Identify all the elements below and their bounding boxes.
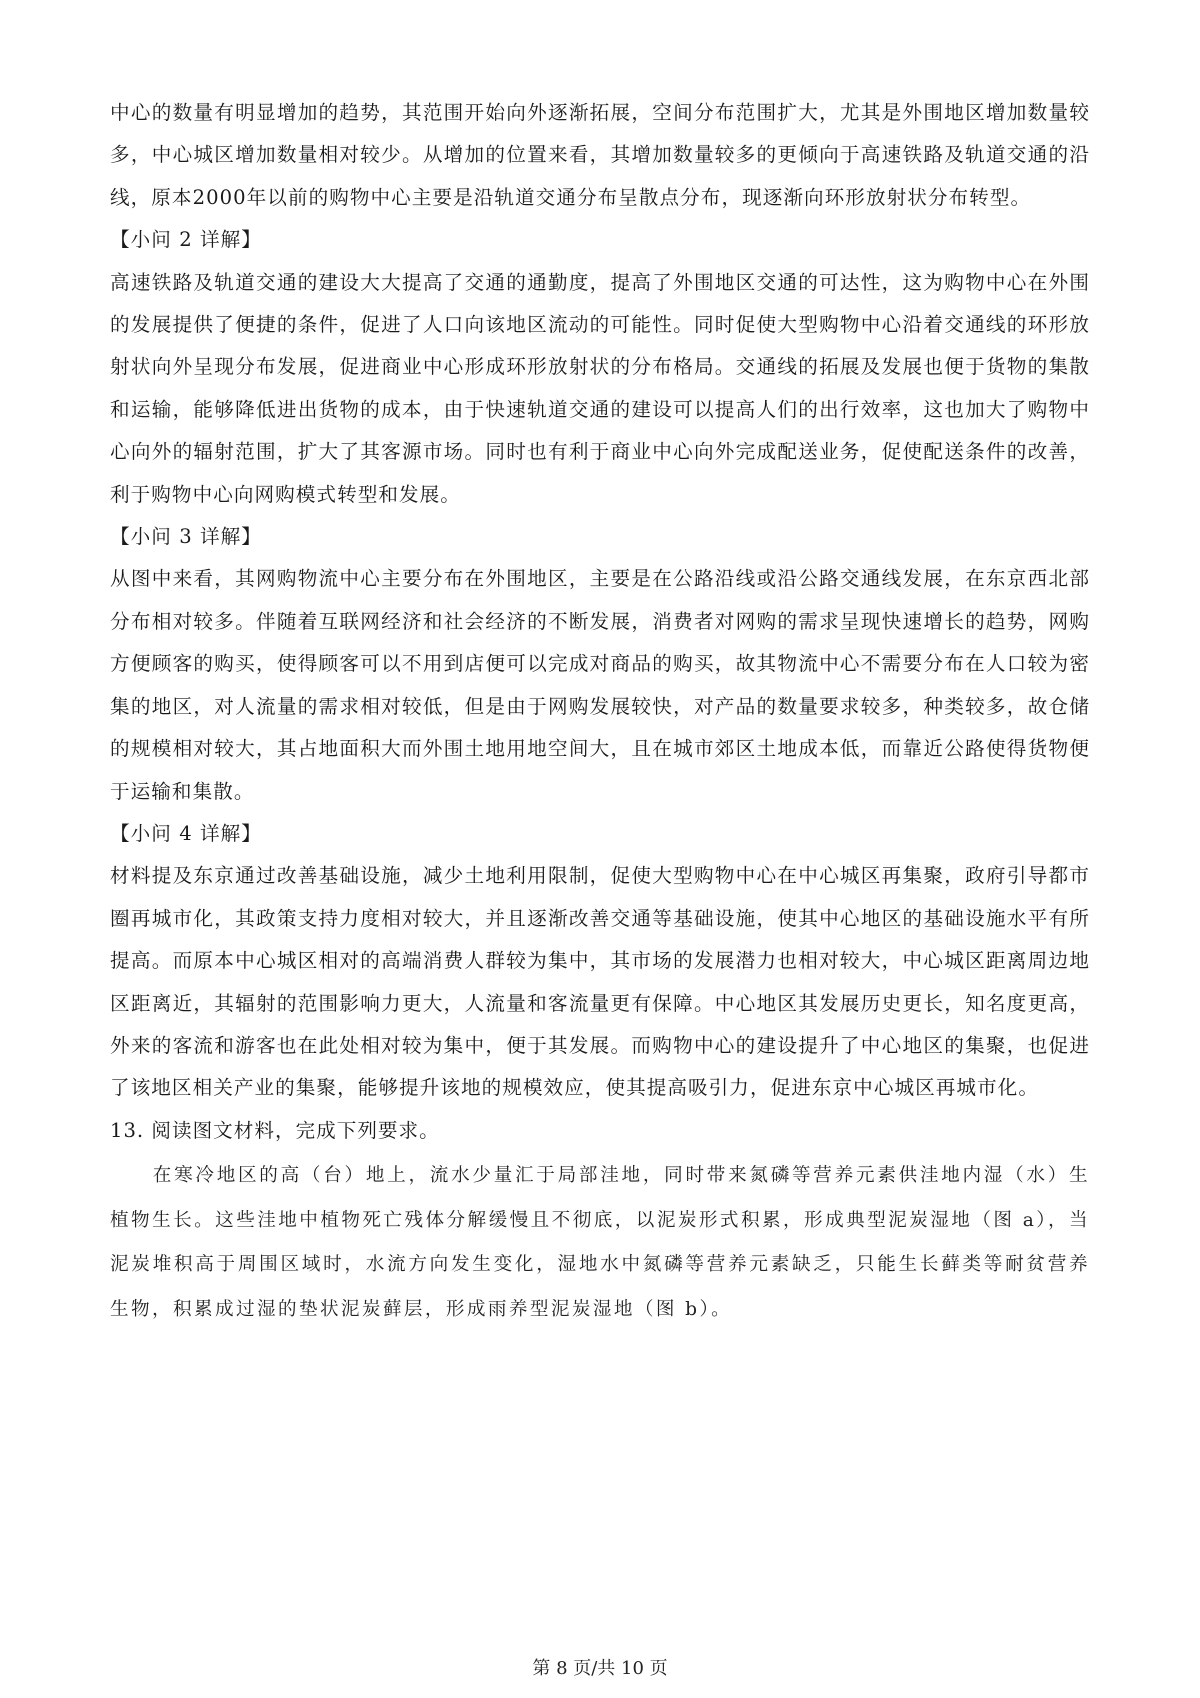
q3-heading: 【小问 3 详解】	[110, 516, 1090, 558]
answer-section: 中心的数量有明显增加的趋势，其范围开始向外逐渐拓展，空间分布范围扩大，尤其是外围…	[110, 92, 1090, 1110]
document-page: 中心的数量有明显增加的趋势，其范围开始向外逐渐拓展，空间分布范围扩大，尤其是外围…	[110, 92, 1090, 1332]
question-13-title: 13. 阅读图文材料，完成下列要求。	[110, 1110, 1090, 1152]
q1-answer-continuation: 中心的数量有明显增加的趋势，其范围开始向外逐渐拓展，空间分布范围扩大，尤其是外围…	[110, 92, 1090, 219]
page-footer: 第 8 页/共 10 页	[0, 1654, 1200, 1680]
q2-heading: 【小问 2 详解】	[110, 219, 1090, 261]
q3-answer-body: 从图中来看，其网购物流中心主要分布在外围地区，主要是在公路沿线或沿公路交通线发展…	[110, 558, 1090, 812]
q2-answer-body: 高速铁路及轨道交通的建设大大提高了交通的通勤度，提高了外围地区交通的可达性，这为…	[110, 262, 1090, 516]
q4-answer-body: 材料提及东京通过改善基础设施，减少土地利用限制，促使大型购物中心在中心城区再集聚…	[110, 855, 1090, 1109]
question-13-material: 在寒冷地区的高（台）地上，流水少量汇于局部洼地，同时带来氮磷等营养元素供洼地内湿…	[110, 1154, 1090, 1332]
q4-heading: 【小问 4 详解】	[110, 813, 1090, 855]
